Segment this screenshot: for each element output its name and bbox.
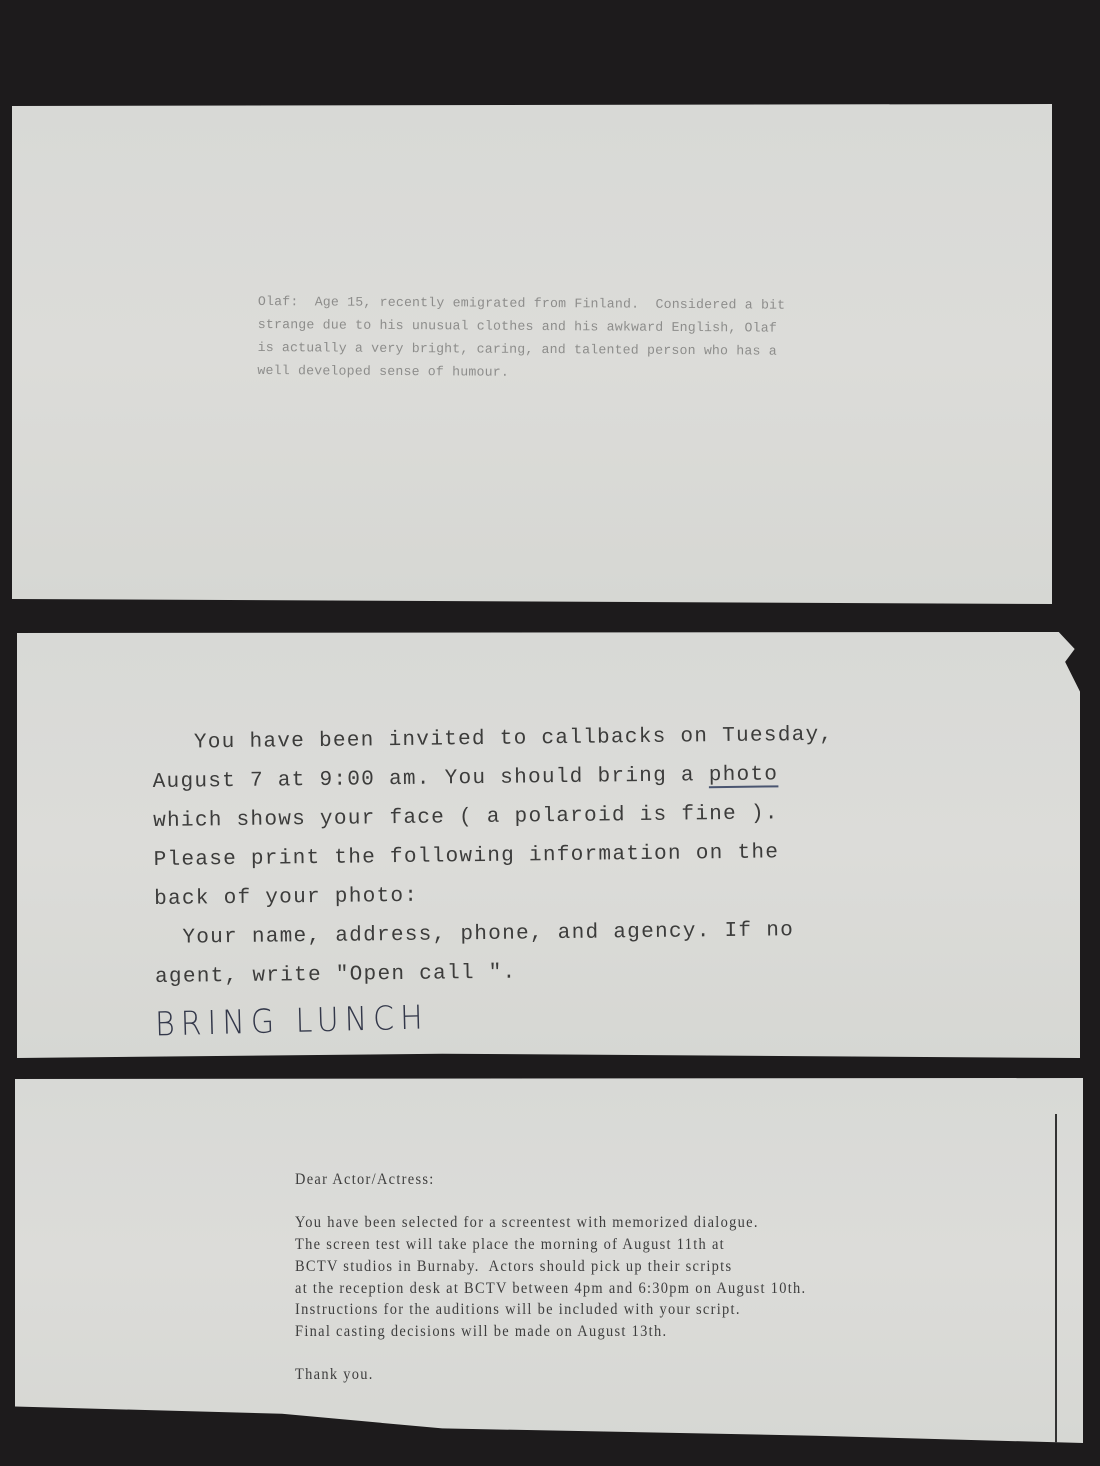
text-line: The screen test will take place the morn…	[295, 1234, 806, 1256]
margin-line	[1055, 1114, 1057, 1444]
text-line: You have been selected for a screentest …	[295, 1212, 806, 1234]
text-line: at the reception desk at BCTV between 4p…	[295, 1278, 806, 1300]
callback-invitation: You have been invited to callbacks on Tu…	[152, 716, 836, 997]
salutation: Dear Actor/Actress:	[295, 1169, 806, 1191]
callback-invitation-sheet: You have been invited to callbacks on Tu…	[17, 632, 1080, 1058]
text-line: BCTV studios in Burnaby. Actors should p…	[295, 1256, 806, 1278]
underlined-photo-word: photo	[709, 763, 779, 787]
text-line: Please print the following information o…	[153, 833, 835, 880]
screentest-letter: Dear Actor/Actress: You have been select…	[295, 1169, 806, 1386]
text-line: Your name, address, phone, and agency. I…	[154, 911, 836, 958]
character-description-sheet: Olaf: Age 15, recently emigrated from Fi…	[12, 104, 1052, 604]
text-line: agent, write "Open call ".	[155, 950, 837, 997]
text-line: Final casting decisions will be made on …	[295, 1321, 806, 1343]
screentest-letter-sheet: Dear Actor/Actress: You have been select…	[15, 1078, 1083, 1443]
handwritten-note: BRING LUNCH	[155, 999, 430, 1045]
closing: Thank you.	[295, 1364, 806, 1386]
text-line: Instructions for the auditions will be i…	[295, 1299, 806, 1321]
text-line: well developed sense of humour.	[257, 359, 785, 386]
text-fragment: August 7 at 9:00 am. You should bring a	[153, 764, 709, 794]
character-description: Olaf: Age 15, recently emigrated from Fi…	[257, 290, 785, 386]
